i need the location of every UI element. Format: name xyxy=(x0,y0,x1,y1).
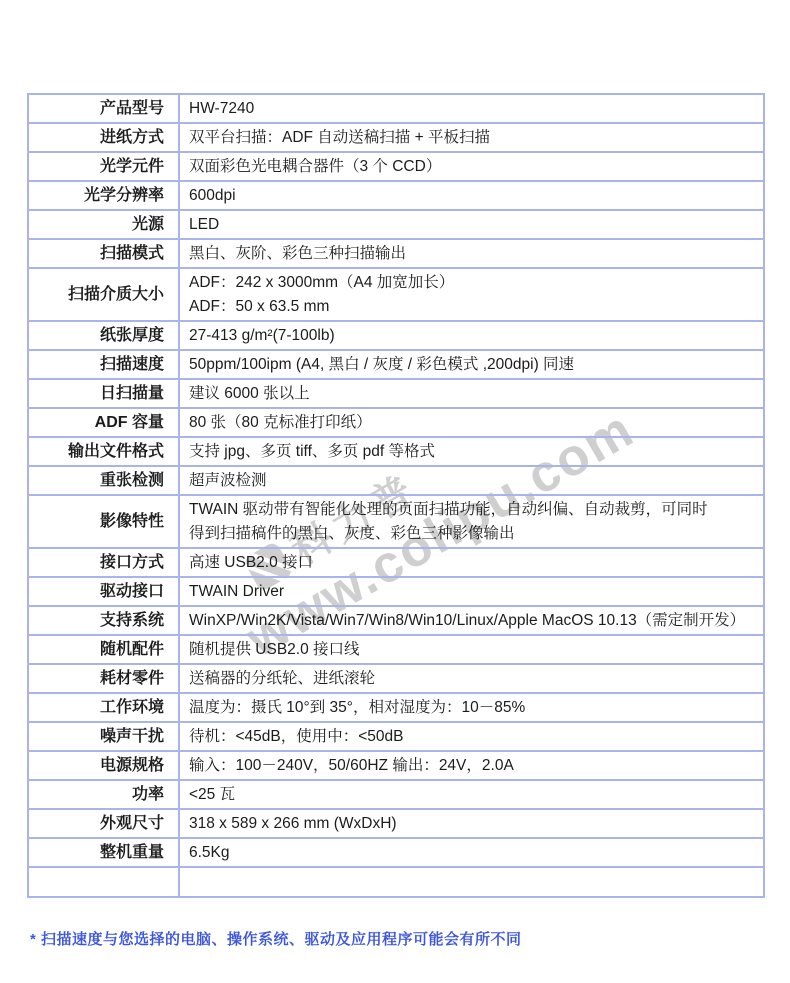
spec-value-line: 待机：<45dB，使用中：<50dB xyxy=(189,725,755,749)
spec-row: 外观尺寸318 x 589 x 266 mm (WxDxH) xyxy=(28,809,764,838)
spec-value-line: 超声波检测 xyxy=(189,469,755,493)
spec-value: TWAIN Driver xyxy=(179,577,764,606)
spec-label: 产品型号 xyxy=(28,94,179,123)
spec-value-line: 双平台扫描：ADF 自动送稿扫描 + 平板扫描 xyxy=(189,126,755,150)
spec-label: ADF 容量 xyxy=(28,408,179,437)
spec-value-line: 6.5Kg xyxy=(189,841,755,865)
spec-label: 扫描模式 xyxy=(28,239,179,268)
spec-label: 输出文件格式 xyxy=(28,437,179,466)
spec-value: 超声波检测 xyxy=(179,466,764,495)
spec-value-line: 高速 USB2.0 接口 xyxy=(189,551,755,575)
spec-label: 影像特性 xyxy=(28,495,179,548)
spec-value-line: ADF：242 x 3000mm（A4 加宽加长） xyxy=(189,271,755,295)
spec-label: 重张检测 xyxy=(28,466,179,495)
spec-value: 输入：100－240V，50/60HZ 输出：24V，2.0A xyxy=(179,751,764,780)
spec-label: 外观尺寸 xyxy=(28,809,179,838)
spec-label: 接口方式 xyxy=(28,548,179,577)
spec-value: 318 x 589 x 266 mm (WxDxH) xyxy=(179,809,764,838)
spec-value: 送稿器的分纸轮、进纸滚轮 xyxy=(179,664,764,693)
spec-value: 高速 USB2.0 接口 xyxy=(179,548,764,577)
spec-row: 输出文件格式支持 jpg、多页 tiff、多页 pdf 等格式 xyxy=(28,437,764,466)
spec-value-line: 建议 6000 张以上 xyxy=(189,382,755,406)
spec-value-line xyxy=(189,870,755,894)
spec-row: 扫描速度50ppm/100ipm (A4, 黑白 / 灰度 / 彩色模式 ,20… xyxy=(28,350,764,379)
spec-row: 光学分辨率600dpi xyxy=(28,181,764,210)
spec-value: 80 张（80 克标准打印纸） xyxy=(179,408,764,437)
spec-row: 进纸方式双平台扫描：ADF 自动送稿扫描 + 平板扫描 xyxy=(28,123,764,152)
spec-row: 日扫描量建议 6000 张以上 xyxy=(28,379,764,408)
spec-value-line: 黑白、灰阶、彩色三种扫描输出 xyxy=(189,242,755,266)
spec-value-line: 27-413 g/m²(7-100lb) xyxy=(189,324,755,348)
spec-value: 600dpi xyxy=(179,181,764,210)
spec-value-line: 随机提供 USB2.0 接口线 xyxy=(189,638,755,662)
spec-value: TWAIN 驱动带有智能化处理的页面扫描功能，自动纠偏、自动裁剪，可同时得到扫描… xyxy=(179,495,764,548)
spec-value xyxy=(179,867,764,897)
spec-row: 光学元件双面彩色光电耦合器件（3 个 CCD） xyxy=(28,152,764,181)
spec-label: 整机重量 xyxy=(28,838,179,867)
spec-row: 产品型号HW-7240 xyxy=(28,94,764,123)
spec-row: 电源规格输入：100－240V，50/60HZ 输出：24V，2.0A xyxy=(28,751,764,780)
spec-row: 工作环境温度为：摄氏 10°到 35°，相对湿度为：10－85% xyxy=(28,693,764,722)
spec-value-line: 温度为：摄氏 10°到 35°，相对湿度为：10－85% xyxy=(189,696,755,720)
spec-value: <25 瓦 xyxy=(179,780,764,809)
spec-value-line: ADF：50 x 63.5 mm xyxy=(189,295,755,319)
spec-value: HW-7240 xyxy=(179,94,764,123)
spec-row: 支持系统WinXP/Win2K/Vista/Win7/Win8/Win10/Li… xyxy=(28,606,764,635)
spec-row: ADF 容量80 张（80 克标准打印纸） xyxy=(28,408,764,437)
spec-value: 6.5Kg xyxy=(179,838,764,867)
spec-label: 进纸方式 xyxy=(28,123,179,152)
spec-row: 接口方式高速 USB2.0 接口 xyxy=(28,548,764,577)
spec-row: 重张检测超声波检测 xyxy=(28,466,764,495)
spec-value: 双面彩色光电耦合器件（3 个 CCD） xyxy=(179,152,764,181)
spec-value: 待机：<45dB，使用中：<50dB xyxy=(179,722,764,751)
spec-value-line: <25 瓦 xyxy=(189,783,755,807)
spec-label: 支持系统 xyxy=(28,606,179,635)
spec-value: 建议 6000 张以上 xyxy=(179,379,764,408)
spec-row: 随机配件随机提供 USB2.0 接口线 xyxy=(28,635,764,664)
spec-value: 双平台扫描：ADF 自动送稿扫描 + 平板扫描 xyxy=(179,123,764,152)
footnote: * 扫描速度与您选择的电脑、操作系统、驱动及应用程序可能会有所不同 xyxy=(30,928,522,949)
spec-row-empty xyxy=(28,867,764,897)
spec-label: 随机配件 xyxy=(28,635,179,664)
spec-value: LED xyxy=(179,210,764,239)
spec-value: 随机提供 USB2.0 接口线 xyxy=(179,635,764,664)
spec-value-line: TWAIN Driver xyxy=(189,580,755,604)
spec-label: 日扫描量 xyxy=(28,379,179,408)
spec-label: 电源规格 xyxy=(28,751,179,780)
spec-value-line: TWAIN 驱动带有智能化处理的页面扫描功能，自动纠偏、自动裁剪，可同时 xyxy=(189,498,755,522)
spec-label: 光学元件 xyxy=(28,152,179,181)
spec-row: 驱动接口TWAIN Driver xyxy=(28,577,764,606)
spec-value-line: 双面彩色光电耦合器件（3 个 CCD） xyxy=(189,155,755,179)
spec-value-line: HW-7240 xyxy=(189,97,755,121)
spec-label: 噪声干扰 xyxy=(28,722,179,751)
spec-label: 驱动接口 xyxy=(28,577,179,606)
spec-label: 光学分辨率 xyxy=(28,181,179,210)
spec-row: 整机重量6.5Kg xyxy=(28,838,764,867)
spec-value-line: 送稿器的分纸轮、进纸滚轮 xyxy=(189,667,755,691)
spec-row: 扫描介质大小ADF：242 x 3000mm（A4 加宽加长）ADF：50 x … xyxy=(28,268,764,321)
spec-value-line: 得到扫描稿件的黑白、灰度、彩色三种影像输出 xyxy=(189,522,755,546)
spec-label: 扫描速度 xyxy=(28,350,179,379)
spec-label: 工作环境 xyxy=(28,693,179,722)
spec-value-line: 50ppm/100ipm (A4, 黑白 / 灰度 / 彩色模式 ,200dpi… xyxy=(189,353,755,377)
product-spec-table: 产品型号HW-7240进纸方式双平台扫描：ADF 自动送稿扫描 + 平板扫描光学… xyxy=(27,93,765,898)
spec-value: 50ppm/100ipm (A4, 黑白 / 灰度 / 彩色模式 ,200dpi… xyxy=(179,350,764,379)
spec-value-line: 318 x 589 x 266 mm (WxDxH) xyxy=(189,812,755,836)
spec-row: 耗材零件送稿器的分纸轮、进纸滚轮 xyxy=(28,664,764,693)
spec-value-line: 80 张（80 克标准打印纸） xyxy=(189,411,755,435)
spec-value-line: 支持 jpg、多页 tiff、多页 pdf 等格式 xyxy=(189,440,755,464)
spec-label xyxy=(28,867,179,897)
spec-value-line: LED xyxy=(189,213,755,237)
spec-value: 黑白、灰阶、彩色三种扫描输出 xyxy=(179,239,764,268)
spec-label: 功率 xyxy=(28,780,179,809)
spec-value: 温度为：摄氏 10°到 35°，相对湿度为：10－85% xyxy=(179,693,764,722)
spec-row: 功率<25 瓦 xyxy=(28,780,764,809)
spec-row: 光源LED xyxy=(28,210,764,239)
spec-label: 扫描介质大小 xyxy=(28,268,179,321)
spec-value-line: 600dpi xyxy=(189,184,755,208)
spec-label: 纸张厚度 xyxy=(28,321,179,350)
spec-value-line: WinXP/Win2K/Vista/Win7/Win8/Win10/Linux/… xyxy=(189,609,755,633)
spec-value: ADF：242 x 3000mm（A4 加宽加长）ADF：50 x 63.5 m… xyxy=(179,268,764,321)
spec-value: WinXP/Win2K/Vista/Win7/Win8/Win10/Linux/… xyxy=(179,606,764,635)
spec-row: 扫描模式黑白、灰阶、彩色三种扫描输出 xyxy=(28,239,764,268)
spec-row: 影像特性TWAIN 驱动带有智能化处理的页面扫描功能，自动纠偏、自动裁剪，可同时… xyxy=(28,495,764,548)
spec-label: 耗材零件 xyxy=(28,664,179,693)
spec-row: 纸张厚度27-413 g/m²(7-100lb) xyxy=(28,321,764,350)
spec-value-line: 输入：100－240V，50/60HZ 输出：24V，2.0A xyxy=(189,754,755,778)
spec-value: 支持 jpg、多页 tiff、多页 pdf 等格式 xyxy=(179,437,764,466)
spec-label: 光源 xyxy=(28,210,179,239)
spec-row: 噪声干扰待机：<45dB，使用中：<50dB xyxy=(28,722,764,751)
spec-value: 27-413 g/m²(7-100lb) xyxy=(179,321,764,350)
